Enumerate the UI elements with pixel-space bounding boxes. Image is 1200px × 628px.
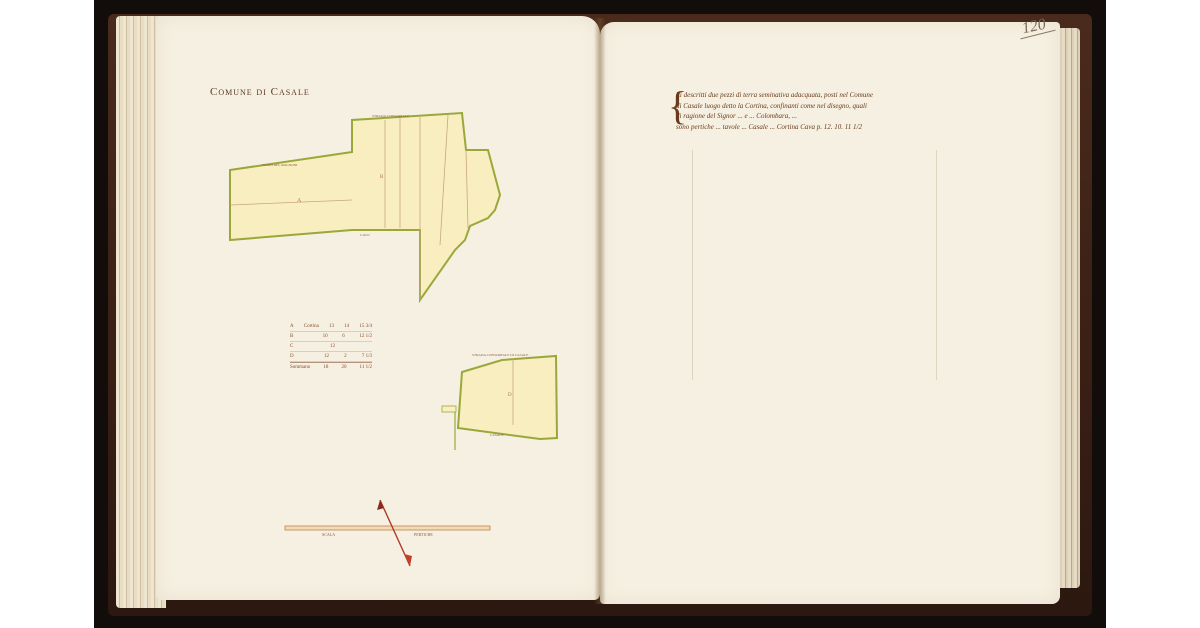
row-value: 12 (330, 342, 335, 351)
tally-row: A Cortina 13 14 15 3/4 (290, 322, 372, 332)
row-label: Cortina (304, 322, 319, 331)
row-value: 6 (342, 332, 345, 341)
svg-text:PERTICHE: PERTICHE (414, 532, 433, 537)
svg-text:STRADA CONSORTALE: STRADA CONSORTALE (372, 114, 409, 118)
area-tally-table: A Cortina 13 14 15 3/4 B 10 6 12 1/2 C 1… (290, 322, 372, 372)
text-line: di ragione del Signor ... e ... Colombar… (676, 111, 966, 122)
tally-row: D 12 2 7 1/3 (290, 352, 372, 362)
row-key: A (290, 322, 294, 331)
svg-text:STRADA CONSORTALE DI CASALE: STRADA CONSORTALE DI CASALE (472, 353, 528, 357)
tally-row: B 10 6 12 1/2 (290, 332, 372, 342)
row-value: 10 (323, 332, 328, 341)
parcel-a: A B (230, 113, 500, 300)
svg-text:D: D (508, 393, 512, 398)
total-label: Sommano (290, 363, 310, 372)
row-value: 14 (344, 322, 349, 331)
north-arrow-icon (377, 500, 412, 566)
svg-text:CASALE: CASALE (490, 433, 504, 437)
row-value: 13 (329, 322, 334, 331)
row-value: 12 1/2 (359, 332, 372, 341)
row-value: 2 (344, 352, 347, 361)
svg-text:FOSSO DEL ROGNONI: FOSSO DEL ROGNONI (262, 163, 298, 167)
row-key: C (290, 342, 293, 351)
svg-text:A: A (297, 198, 302, 204)
row-value: 15 3/4 (359, 322, 372, 331)
scale-bar: SCALA PERTICHE (285, 526, 490, 537)
cadastral-map: A B D FOSSO DEL ROGNONI STRADA CONSORTAL… (0, 0, 1200, 628)
manuscript-description: Li descritti due pezzi di terra seminati… (676, 90, 966, 132)
text-line: Li descritti due pezzi di terra seminati… (676, 90, 966, 101)
tally-total-row: Sommano 18 20 11 1/2 (290, 362, 372, 372)
total-value: 11 1/2 (360, 363, 372, 372)
total-value: 18 (323, 363, 328, 372)
row-key: B (290, 332, 293, 341)
tally-row: C 12 (290, 342, 372, 352)
text-line: di Casale luogo detto la Cortina, confin… (676, 101, 966, 112)
row-key: D (290, 352, 294, 361)
svg-text:SCALA: SCALA (322, 532, 335, 537)
text-line: sono pertiche ... tavole ... Casale ... … (676, 122, 966, 133)
row-value: 12 (324, 352, 329, 361)
total-value: 20 (341, 363, 346, 372)
svg-text:CAVO: CAVO (360, 233, 370, 237)
row-value: 7 1/3 (362, 352, 372, 361)
